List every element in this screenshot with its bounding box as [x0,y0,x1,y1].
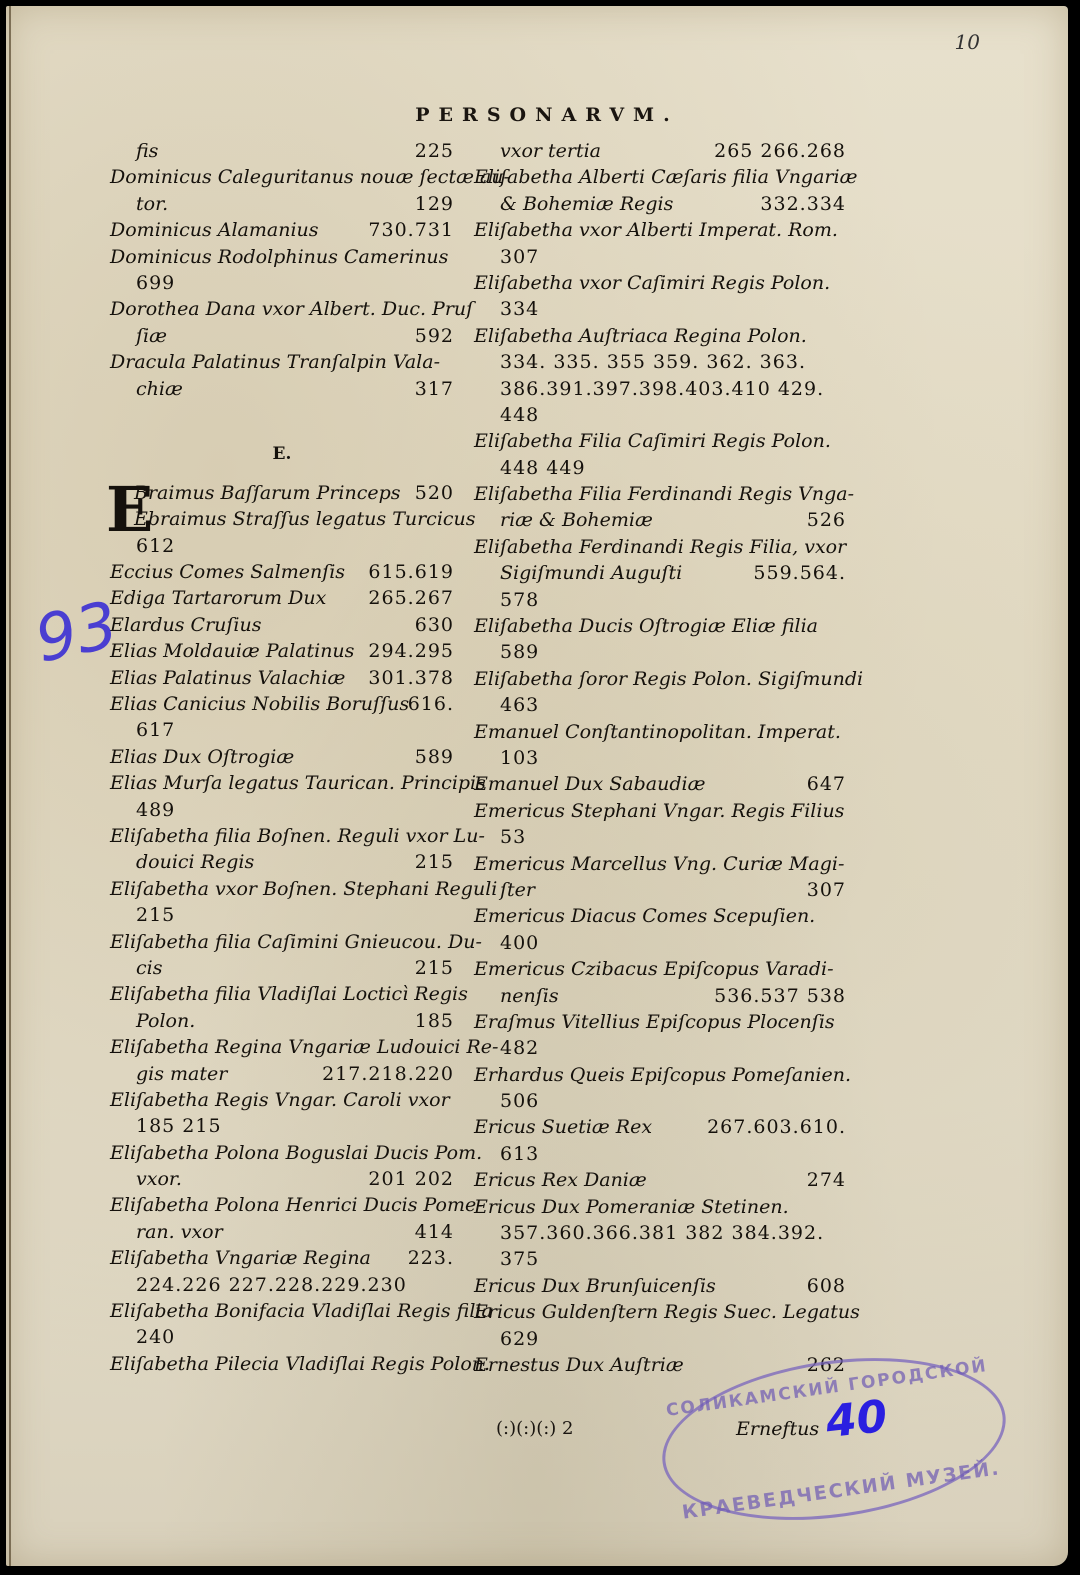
index-entry-line: Erhardus Queis Epiſcopus Pomeſanien. [474,1062,846,1088]
page-references: 400 [500,930,539,956]
page-references: 589 [415,744,454,770]
entry-name: Ericus Guldenſtern Regis Suec. Legatus [474,1299,860,1325]
entry-name: Dominicus Rodolphinus Camerinus [110,244,448,270]
page-references: 630 [415,612,454,638]
entry-name: Elias Moldauiæ Palatinus [110,638,354,664]
page-references: 589 [500,639,539,665]
entry-name: Dracula Palatinus Tranſalpin Vala- [110,349,440,375]
page-references: 613 [500,1141,539,1167]
entry-name: ſter [500,877,535,903]
index-entry-line: Eliſabetha Filia Caſimiri Regis Polon. [474,428,846,454]
index-entry-line: gis mater217.218.220 [110,1061,454,1087]
index-entry-line: Eliſabetha Filia Ferdinandi Regis Vnga- [474,481,846,507]
index-entry-line: Eliſabetha Polona Boguslai Ducis Pom. [110,1140,454,1166]
page-references: 375 [500,1246,539,1272]
page-references: 463 [500,692,539,718]
page-references: 53 [500,824,526,850]
page-references: 201 202 [368,1166,454,1192]
entry-name: Elias Murſa legatus Taurican. Principis [110,770,486,796]
index-entry-line: Sigiſmundi Auguſti559.564. [474,560,846,586]
entry-name: Polon. [136,1008,195,1034]
page-references: 526 [807,507,846,533]
index-entry-line: Eliſabetha Regina Vngariæ Ludouici Re- [110,1034,454,1060]
entry-name: Braimus Baſſarum Princeps [134,480,401,506]
entry-name: Ericus Dux Brunſuicenſis [474,1273,716,1299]
index-entry-line: Elias Moldauiæ Palatinus294.295 [110,638,454,664]
entry-name: Ericus Dux Pomeraniæ Stetinen. [474,1194,789,1220]
index-entry-line: Eliſabetha vxor Alberti Imperat. Rom. [474,217,846,243]
index-entry-line: ſter307 [474,877,846,903]
section-spacer [110,402,454,428]
entry-name: & Bohemiæ Regis [500,191,673,217]
index-entry-line: 489 [110,797,454,823]
page-references: 699 [136,270,175,296]
index-entry-line: Eliſabetha Polona Henrici Ducis Pome- [110,1192,454,1218]
entry-name: fis [136,138,158,164]
stamp-bottom-text: КРАЕВЕДЧЕСКИЙ МУЗЕЙ. [671,1456,1011,1525]
index-entry-line: 357.360.366.381 382 384.392. [474,1220,846,1246]
index-entry-line: Eliſabetha Auſtriaca Regina Polon. [474,323,846,349]
index-entry-line: Eliſabetha vxor Boſnen. Stephani Reguli [110,876,454,902]
inventory-number: 40 [824,1391,890,1448]
page-references: 129 [415,191,454,217]
page-references: 386.391.397.398.403.410 429. [500,376,824,402]
entry-name: Elardus Cruſius [110,612,262,638]
index-entry-line: 334 [474,296,846,322]
index-entry-line: Eliſabetha Pilecia Vladiſlai Regis Polon… [110,1351,454,1377]
entry-name: Emericus Stephani Vngar. Regis Filius [474,798,844,824]
page-references: 482 [500,1035,539,1061]
entry-name: Eliſabetha Ducis Oſtrogiæ Eliæ filia [474,613,818,639]
index-entry-line: Emanuel Conſtantinopolitan. Imperat. [474,719,846,745]
page-references: 294.295 [368,638,454,664]
entry-name: Dominicus Alamanius [110,217,319,243]
page-references: 629 [500,1326,539,1352]
entry-name: Emericus Marcellus Vng. Curiæ Magi- [474,851,844,877]
entry-name: Ericus Suetiæ Rex [474,1114,652,1140]
entry-name: Eliſabetha filia Vladiſlai Locticì Regis [110,981,468,1007]
page-references: 612 [136,533,175,559]
index-entry-line: Braimus Baſſarum Princeps520 [110,480,454,506]
page-references: 265 266.268 [714,138,846,164]
entry-name: Elias Palatinus Valachiæ [110,665,345,691]
folio-note: 10 [955,30,980,54]
section-letter-heading: E. [110,428,454,480]
entry-name: Sigiſmundi Auguſti [500,560,682,586]
index-entry-line: 629 [474,1326,846,1352]
spine-edge [9,6,11,1566]
index-entry-line: Ericus Dux Brunſuicenſis608 [474,1273,846,1299]
index-entry-line: 386.391.397.398.403.410 429. [474,376,846,402]
entry-name: Elias Dux Oſtrogiæ [110,744,294,770]
entry-name: tor. [136,191,168,217]
index-entry-line: 240 [110,1324,454,1350]
index-entry-line: riæ & Bohemiæ526 [474,507,846,533]
index-entry-line: Emanuel Dux Sabaudiæ647 [474,771,846,797]
page-references: 608 [807,1273,846,1299]
page-references: 448 [500,402,539,428]
entry-name: Eliſabetha Filia Caſimiri Regis Polon. [474,428,831,454]
entry-name: ran. vxor [136,1219,223,1245]
page-references: 317 [415,376,454,402]
index-entry-line: Ericus Guldenſtern Regis Suec. Legatus [474,1299,846,1325]
index-entry-line: nenſis536.537 538 [474,983,846,1009]
page-references: 103 [500,745,539,771]
index-entry-line: Eliſabetha Ferdinandi Regis Filia, vxor [474,534,846,560]
entry-name: Ediga Tartarorum Dux [110,585,326,611]
index-entry-line: 307 [474,244,846,270]
index-entry-line: chiæ317 [110,376,454,402]
entry-name: Dorothea Dana vxor Albert. Duc. Pruſ [110,296,473,322]
index-entry-line: Elias Canicius Nobilis Boruſſus616. [110,691,454,717]
page-references: 647 [807,771,846,797]
index-entry-line: 103 [474,745,846,771]
page-references: 592 [415,323,454,349]
index-entry-line: cis215 [110,955,454,981]
entry-name: Eliſabetha filia Caſimini Gnieucou. Du- [110,929,482,955]
entry-name: riæ & Bohemiæ [500,507,653,533]
index-entry-line: Elias Dux Oſtrogiæ589 [110,744,454,770]
index-entry-line: Emericus Stephani Vngar. Regis Filius [474,798,846,824]
index-column-right: vxor tertia265 266.268Eliſabetha Alberti… [474,138,846,1378]
page-references: 617 [136,717,175,743]
entry-name: Ernestus Dux Auſtriæ [474,1352,684,1378]
entry-name: Eliſabetha Bonifacia Vladiſlai Regis fil… [110,1298,493,1324]
index-entry-line: 506 [474,1088,846,1114]
page-references: 307 [807,877,846,903]
index-entry-line: 215 [110,902,454,928]
index-entry-line: Emericus Diacus Comes Scepuſien. [474,903,846,929]
index-entry-line: tor.129 [110,191,454,217]
index-entry-line: Eccius Comes Salmenſis615.619 [110,559,454,585]
index-entry-line: Eraſmus Vitellius Epiſcopus Plocenſis [474,1009,846,1035]
page-references: 265.267 [368,585,454,611]
book-page: 10 PERSONARVM. fis225Dominicus Calegurit… [6,6,1068,1566]
page-references: 414 [415,1219,454,1245]
entry-name: chiæ [136,376,183,402]
page-references: 334 [500,296,539,322]
page-references: 307 [500,244,539,270]
page-references: 185 [415,1008,454,1034]
entry-name: Eliſabetha Polona Boguslai Ducis Pom. [110,1140,482,1166]
page-references: 225 [415,138,454,164]
page-references: 332.334 [760,191,846,217]
page-references: 240 [136,1324,175,1350]
index-entry-line: 448 [474,402,846,428]
index-entry-line: vxor.201 202 [110,1166,454,1192]
index-entry-line: 613 [474,1141,846,1167]
index-entry-line: 699 [110,270,454,296]
page-references: 267.603.610. [707,1114,846,1140]
page-references: 217.218.220 [322,1061,454,1087]
index-column-left: fis225Dominicus Caleguritanus nouæ ſectæ… [110,138,454,1377]
index-entry-line: 482 [474,1035,846,1061]
index-entry-line: Eliſabetha filia Caſimini Gnieucou. Du- [110,929,454,955]
entry-name: Eliſabetha Vngariæ Regina [110,1245,371,1271]
index-entry-line: 448 449 [474,455,846,481]
entry-name: Eliſabetha Ferdinandi Regis Filia, vxor [474,534,846,560]
running-head: PERSONARVM. [6,104,1068,126]
entry-name: Eliſabetha vxor Caſimiri Regis Polon. [474,270,830,296]
index-entry-line: Dominicus Alamanius730.731 [110,217,454,243]
index-entry-line: Emericus Czibacus Epiſcopus Varadi- [474,956,846,982]
entry-name: Emericus Diacus Comes Scepuſien. [474,903,815,929]
index-entry-line: Elias Murſa legatus Taurican. Principis [110,770,454,796]
index-entry-line: douici Regis215 [110,849,454,875]
index-entry-line: Dorothea Dana vxor Albert. Duc. Pruſ [110,296,454,322]
entry-name: Eliſabetha Pilecia Vladiſlai Regis Polon… [110,1351,490,1377]
index-entry-line: 617 [110,717,454,743]
entry-name: Dominicus Caleguritanus nouæ ſectæ au- [110,164,510,190]
entry-name: Elias Canicius Nobilis Boruſſus [110,691,409,717]
index-entry-line: Eliſabetha Alberti Cæſaris filia Vngariæ [474,164,846,190]
entry-name: ſiæ [136,323,167,349]
index-entry-line: 463 [474,692,846,718]
entry-name: Eliſabetha Filia Ferdinandi Regis Vnga- [474,481,854,507]
index-entry-line: Ediga Tartarorum Dux265.267 [110,585,454,611]
index-entry-line: Eliſabetha filia Vladiſlai Locticì Regis [110,981,454,1007]
entry-name: Eccius Comes Salmenſis [110,559,345,585]
entry-name: Eliſabetha filia Boſnen. Reguli vxor Lu- [110,823,485,849]
page-references: 224.226 227.228.229.230 [136,1272,407,1298]
page-references: 559.564. [753,560,846,586]
entry-name: vxor tertia [500,138,601,164]
entry-name: Erhardus Queis Epiſcopus Pomeſanien. [474,1062,851,1088]
page-references: 301.378 [368,665,454,691]
page-references: 357.360.366.381 382 384.392. [500,1220,824,1246]
page-references: 616. [408,691,454,717]
index-entry-line: 375 [474,1246,846,1272]
index-entry-line: 578 [474,587,846,613]
entry-name: Eliſabetha Alberti Cæſaris filia Vngariæ [474,164,857,190]
index-entry-line: 185 215 [110,1113,454,1139]
index-entry-line: 334. 335. 355 359. 362. 363. [474,349,846,375]
index-entry-line: vxor tertia265 266.268 [474,138,846,164]
index-entry-line: Dominicus Caleguritanus nouæ ſectæ au- [110,164,454,190]
index-entry-line: 224.226 227.228.229.230 [110,1272,454,1298]
entry-name: Emanuel Conſtantinopolitan. Imperat. [474,719,841,745]
index-entry-line: Emericus Marcellus Vng. Curiæ Magi- [474,851,846,877]
signature-mark: (:)(:)(:) 2 [496,1418,574,1439]
index-entry-line: 589 [474,639,846,665]
entry-name: Eliſabetha Polona Henrici Ducis Pome- [110,1192,483,1218]
index-entry-line: Eliſabetha filia Boſnen. Reguli vxor Lu- [110,823,454,849]
index-entry-line: Ericus Dux Pomeraniæ Stetinen. [474,1194,846,1220]
entry-name: Ericus Rex Daniæ [474,1167,647,1193]
page-references: 215 [136,902,175,928]
page-references: 506 [500,1088,539,1114]
index-entry-line: 612 [110,533,454,559]
page-references: 215 [415,955,454,981]
catchword: Erneftus [736,1418,819,1440]
index-entry-line: fis225 [110,138,454,164]
index-entry-line: Dominicus Rodolphinus Camerinus [110,244,454,270]
index-entry-line: & Bohemiæ Regis332.334 [474,191,846,217]
index-entry-line: 400 [474,930,846,956]
index-entry-line: Eliſabetha vxor Caſimiri Regis Polon. [474,270,846,296]
page-references: 448 449 [500,455,586,481]
page-references: 334. 335. 355 359. 362. 363. [500,349,806,375]
index-entry-line: Eliſabetha ſoror Regis Polon. Sigiſmundi [474,666,846,692]
entry-name: Eliſabetha Auſtriaca Regina Polon. [474,323,807,349]
index-entry-line: Dracula Palatinus Tranſalpin Vala- [110,349,454,375]
entry-name: Ebraimus Straſſus legatus Turcicus [134,506,476,532]
entry-name: Eraſmus Vitellius Epiſcopus Plocenſis [474,1009,835,1035]
index-entry-line: ran. vxor414 [110,1219,454,1245]
index-entry-line: Eliſabetha Ducis Oſtrogiæ Eliæ filia [474,613,846,639]
page-references: 489 [136,797,175,823]
entry-name: Eliſabetha vxor Alberti Imperat. Rom. [474,217,838,243]
entry-name: Eliſabetha ſoror Regis Polon. Sigiſmundi [474,666,863,692]
entry-name: nenſis [500,983,559,1009]
page-references: 223. [408,1245,454,1271]
entry-name: vxor. [136,1166,182,1192]
page-references: 578 [500,587,539,613]
entry-name: gis mater [136,1061,227,1087]
section-e-entries: EBraimus Baſſarum Princeps520Ebraimus St… [110,480,454,1377]
index-entry-line: Eliſabetha Regis Vngar. Caroli vxor [110,1087,454,1113]
index-entry-line: Eliſabetha Bonifacia Vladiſlai Regis fil… [110,1298,454,1324]
entry-name: Eliſabetha Regis Vngar. Caroli vxor [110,1087,450,1113]
page-references: 730.731 [368,217,454,243]
page-references: 520 [415,480,454,506]
page-references: 536.537 538 [714,983,846,1009]
index-entry-line: Eliſabetha Vngariæ Regina223. [110,1245,454,1271]
entry-name: Eliſabetha vxor Boſnen. Stephani Reguli [110,876,497,902]
index-entry-line: Elias Palatinus Valachiæ301.378 [110,665,454,691]
index-entry-line: Ericus Rex Daniæ274 [474,1167,846,1193]
entry-name: Emericus Czibacus Epiſcopus Varadi- [474,956,834,982]
entry-name: douici Regis [136,849,254,875]
page-references: 215 [415,849,454,875]
page-references: 185 215 [136,1113,222,1139]
page-references: 274 [807,1167,846,1193]
index-entry-line: Ericus Suetiæ Rex267.603.610. [474,1114,846,1140]
index-entry-line: Polon.185 [110,1008,454,1034]
page-references: 615.619 [368,559,454,585]
entry-name: Eliſabetha Regina Vngariæ Ludouici Re- [110,1034,498,1060]
index-entry-line: ſiæ592 [110,323,454,349]
index-entry-line: Ebraimus Straſſus legatus Turcicus [110,506,454,532]
entry-name: Emanuel Dux Sabaudiæ [474,771,705,797]
index-entry-line: Elardus Cruſius630 [110,612,454,638]
entry-name: cis [136,955,162,981]
index-entry-line: 53 [474,824,846,850]
